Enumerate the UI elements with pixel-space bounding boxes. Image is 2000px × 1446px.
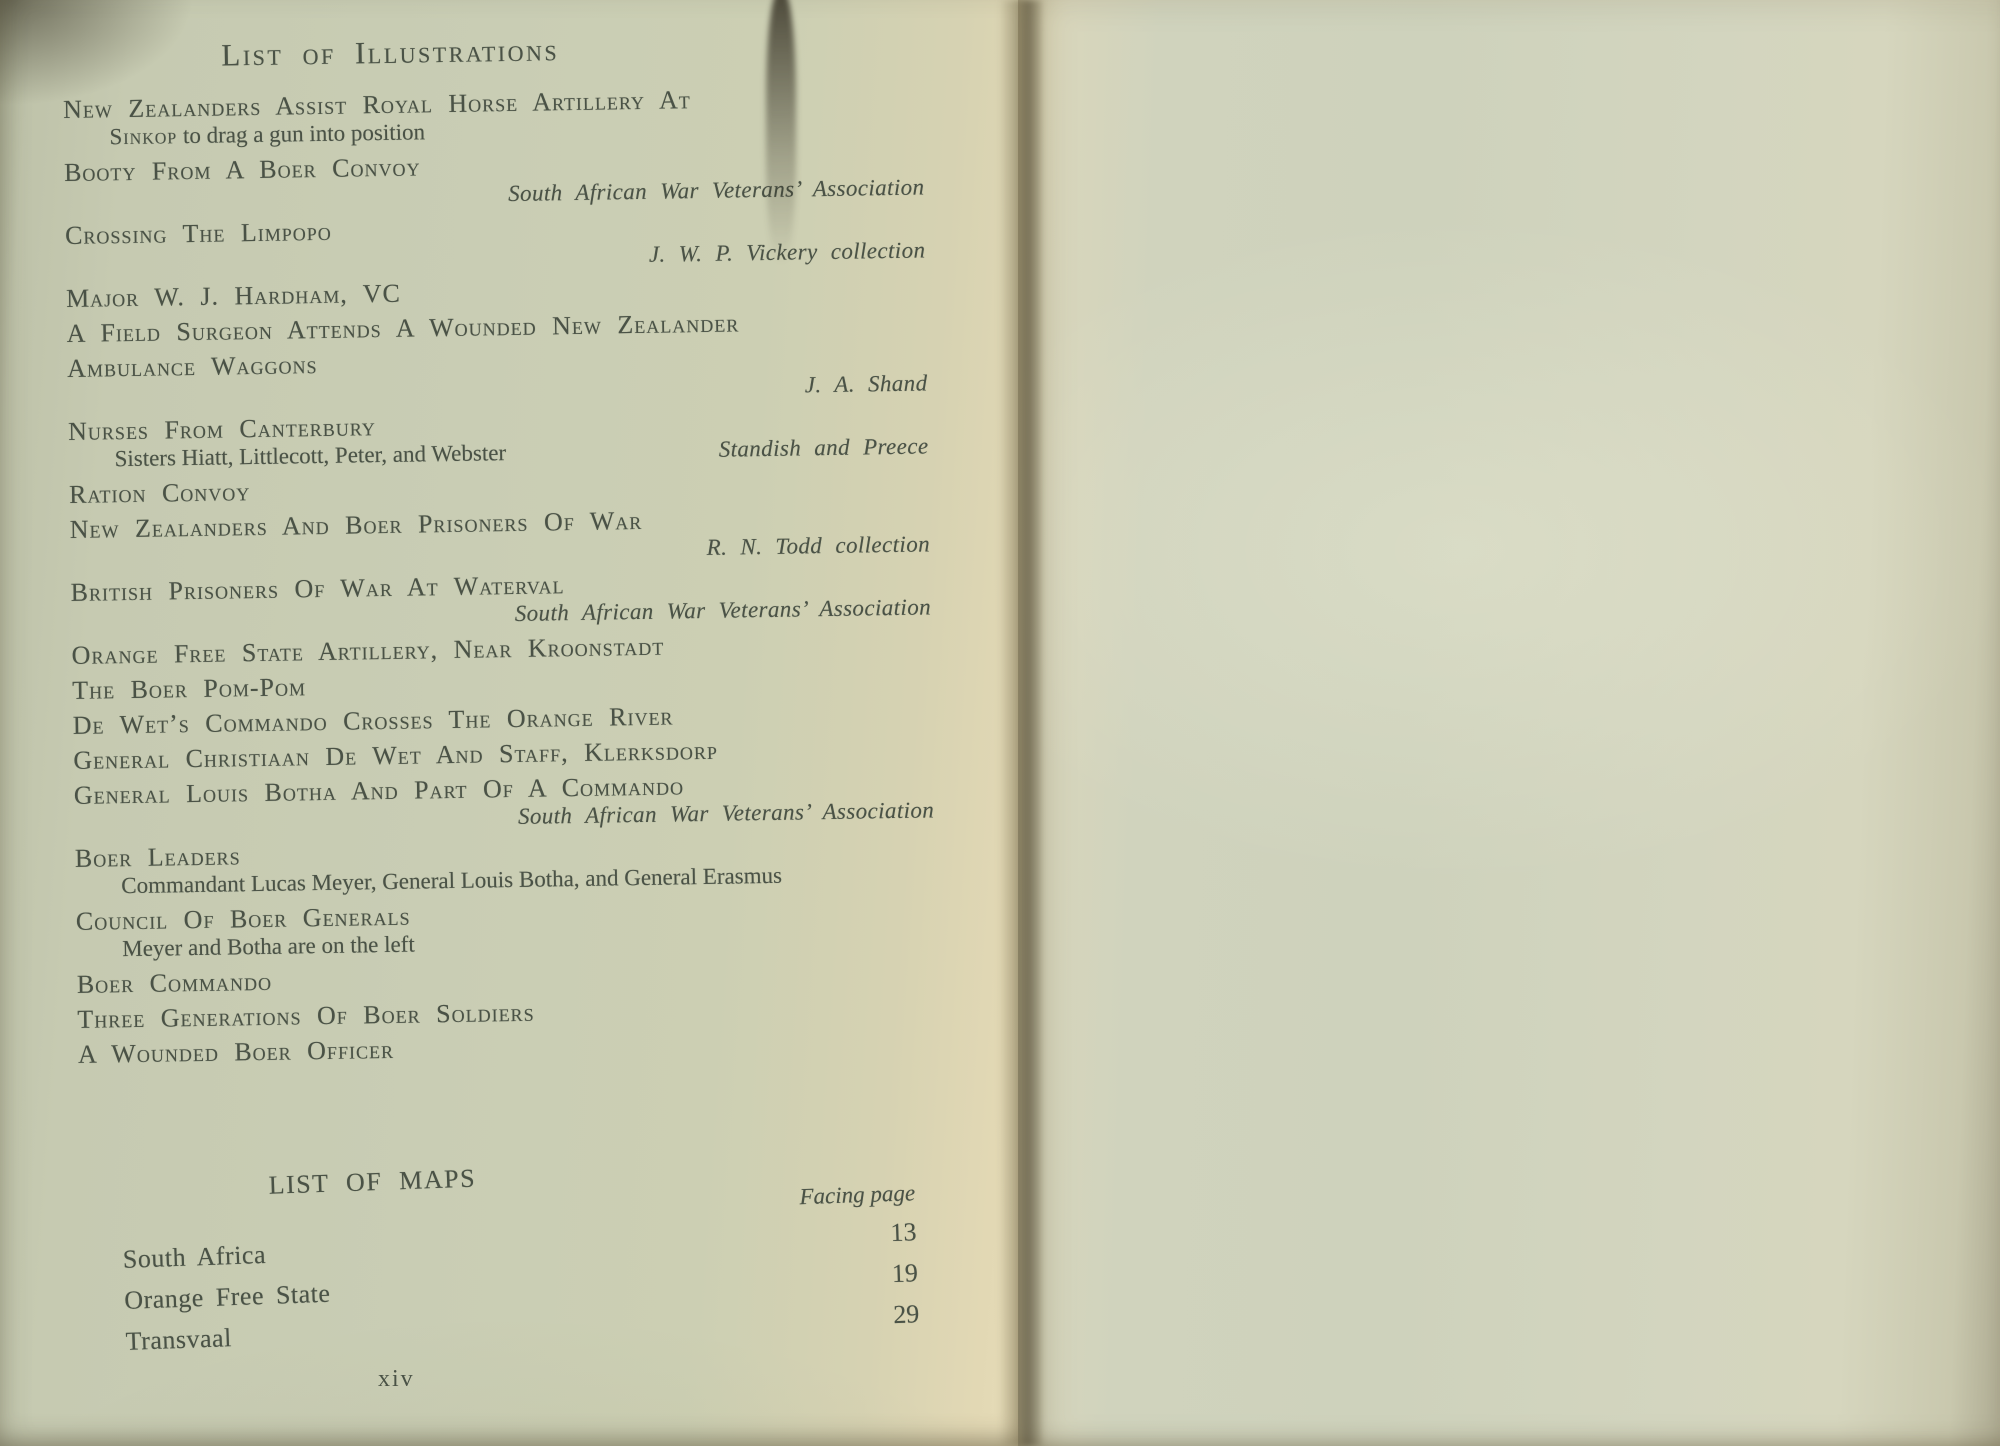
- map-facing-page-number: 29: [893, 1293, 920, 1335]
- illustration-entry: Boer Commando: [77, 957, 937, 999]
- left-page-number: xiv: [378, 1366, 415, 1393]
- illustration-entry: Nurses From CanterburySisters Hiatt, Lit…: [68, 404, 929, 474]
- right-page: PREFACE WHEN I was asked to undertake th…: [1018, 0, 2000, 1446]
- illustration-entry: A Field Surgeon Attends A Wounded New Ze…: [66, 306, 926, 348]
- maps-rows: South Africa13Orange Free State19Transva…: [64, 1211, 920, 1364]
- illustration-title: The Boer Pom-Pom: [72, 663, 932, 705]
- illustration-title: General Christiaan De Wet And Staff, Kle…: [73, 733, 933, 775]
- map-label: Orange Free State: [124, 1273, 332, 1321]
- book-photo: List of Illustrations New Zealanders Ass…: [0, 0, 2000, 1446]
- illustration-entry: Orange Free State Artillery, Near Kroons…: [71, 628, 931, 670]
- illustration-title: De Wet’s Commando Crosses The Orange Riv…: [73, 698, 933, 740]
- illustration-entry: Ambulance WaggonsJ. A. Shand: [67, 341, 928, 411]
- illustration-caption-text: Sisters Hiatt, Littlecott, Peter, and We…: [114, 439, 506, 473]
- illustration-caption-text: Sinkop to drag a gun into position: [109, 118, 425, 151]
- page-edge-shadow: [766, 0, 796, 264]
- illustration-credit: Standish and Preece: [718, 432, 928, 463]
- illustration-entry: Boer LeadersCommandant Lucas Meyer, Gene…: [75, 831, 936, 901]
- map-facing-page-number: 13: [890, 1211, 917, 1253]
- illustration-title: Boer Commando: [77, 957, 937, 999]
- gutter-shadow: [998, 0, 1042, 1446]
- map-facing-page-number: 19: [891, 1252, 918, 1294]
- illustration-entry: Council Of Boer GeneralsMeyer and Botha …: [76, 894, 937, 964]
- illustrations-heading: List of Illustrations: [62, 30, 718, 76]
- illustration-entry: Crossing The LimpopoJ. W. P. Vickery col…: [65, 208, 926, 278]
- illustration-entry: British Prisoners Of War At WatervalSout…: [70, 565, 931, 635]
- illustration-entry: De Wet’s Commando Crosses The Orange Riv…: [73, 698, 933, 740]
- illustration-entry: Ration Convoy: [69, 467, 929, 509]
- illustration-entry: The Boer Pom-Pom: [72, 663, 932, 705]
- illustration-entry: Three Generations Of Boer Soldiers: [77, 992, 937, 1034]
- illustration-title: A Wounded Boer Officer: [78, 1027, 938, 1069]
- illustration-title: A Field Surgeon Attends A Wounded New Ze…: [66, 306, 926, 348]
- illustration-caption-text: Meyer and Botha are on the left: [122, 931, 415, 964]
- illustration-title: Three Generations Of Boer Soldiers: [77, 992, 937, 1034]
- illustration-entry: General Christiaan De Wet And Staff, Kle…: [73, 733, 933, 775]
- illustration-entry: General Louis Botha And Part Of A Comman…: [74, 768, 935, 838]
- illustration-title: Orange Free State Artillery, Near Kroons…: [71, 628, 931, 670]
- illustration-entry: Major W. J. Hardham, VC: [66, 271, 926, 313]
- illustrations-list: New Zealanders Assist Royal Horse Artill…: [63, 82, 938, 1068]
- illustration-entry: New Zealanders And Boer Prisoners Of War…: [69, 502, 930, 572]
- illustration-title: Ration Convoy: [69, 467, 929, 509]
- illustration-caption-lead: Sinkop: [109, 123, 177, 149]
- left-page: List of Illustrations New Zealanders Ass…: [0, 0, 1018, 1446]
- illustration-entry: A Wounded Boer Officer: [78, 1027, 938, 1069]
- maps-section: LIST OF MAPS Facing page South Africa13O…: [62, 1148, 920, 1364]
- illustration-title: Major W. J. Hardham, VC: [66, 271, 926, 313]
- illustrations-section: List of Illustrations New Zealanders Ass…: [62, 26, 938, 1075]
- map-label: Transvaal: [125, 1317, 232, 1362]
- map-label: South Africa: [122, 1234, 266, 1280]
